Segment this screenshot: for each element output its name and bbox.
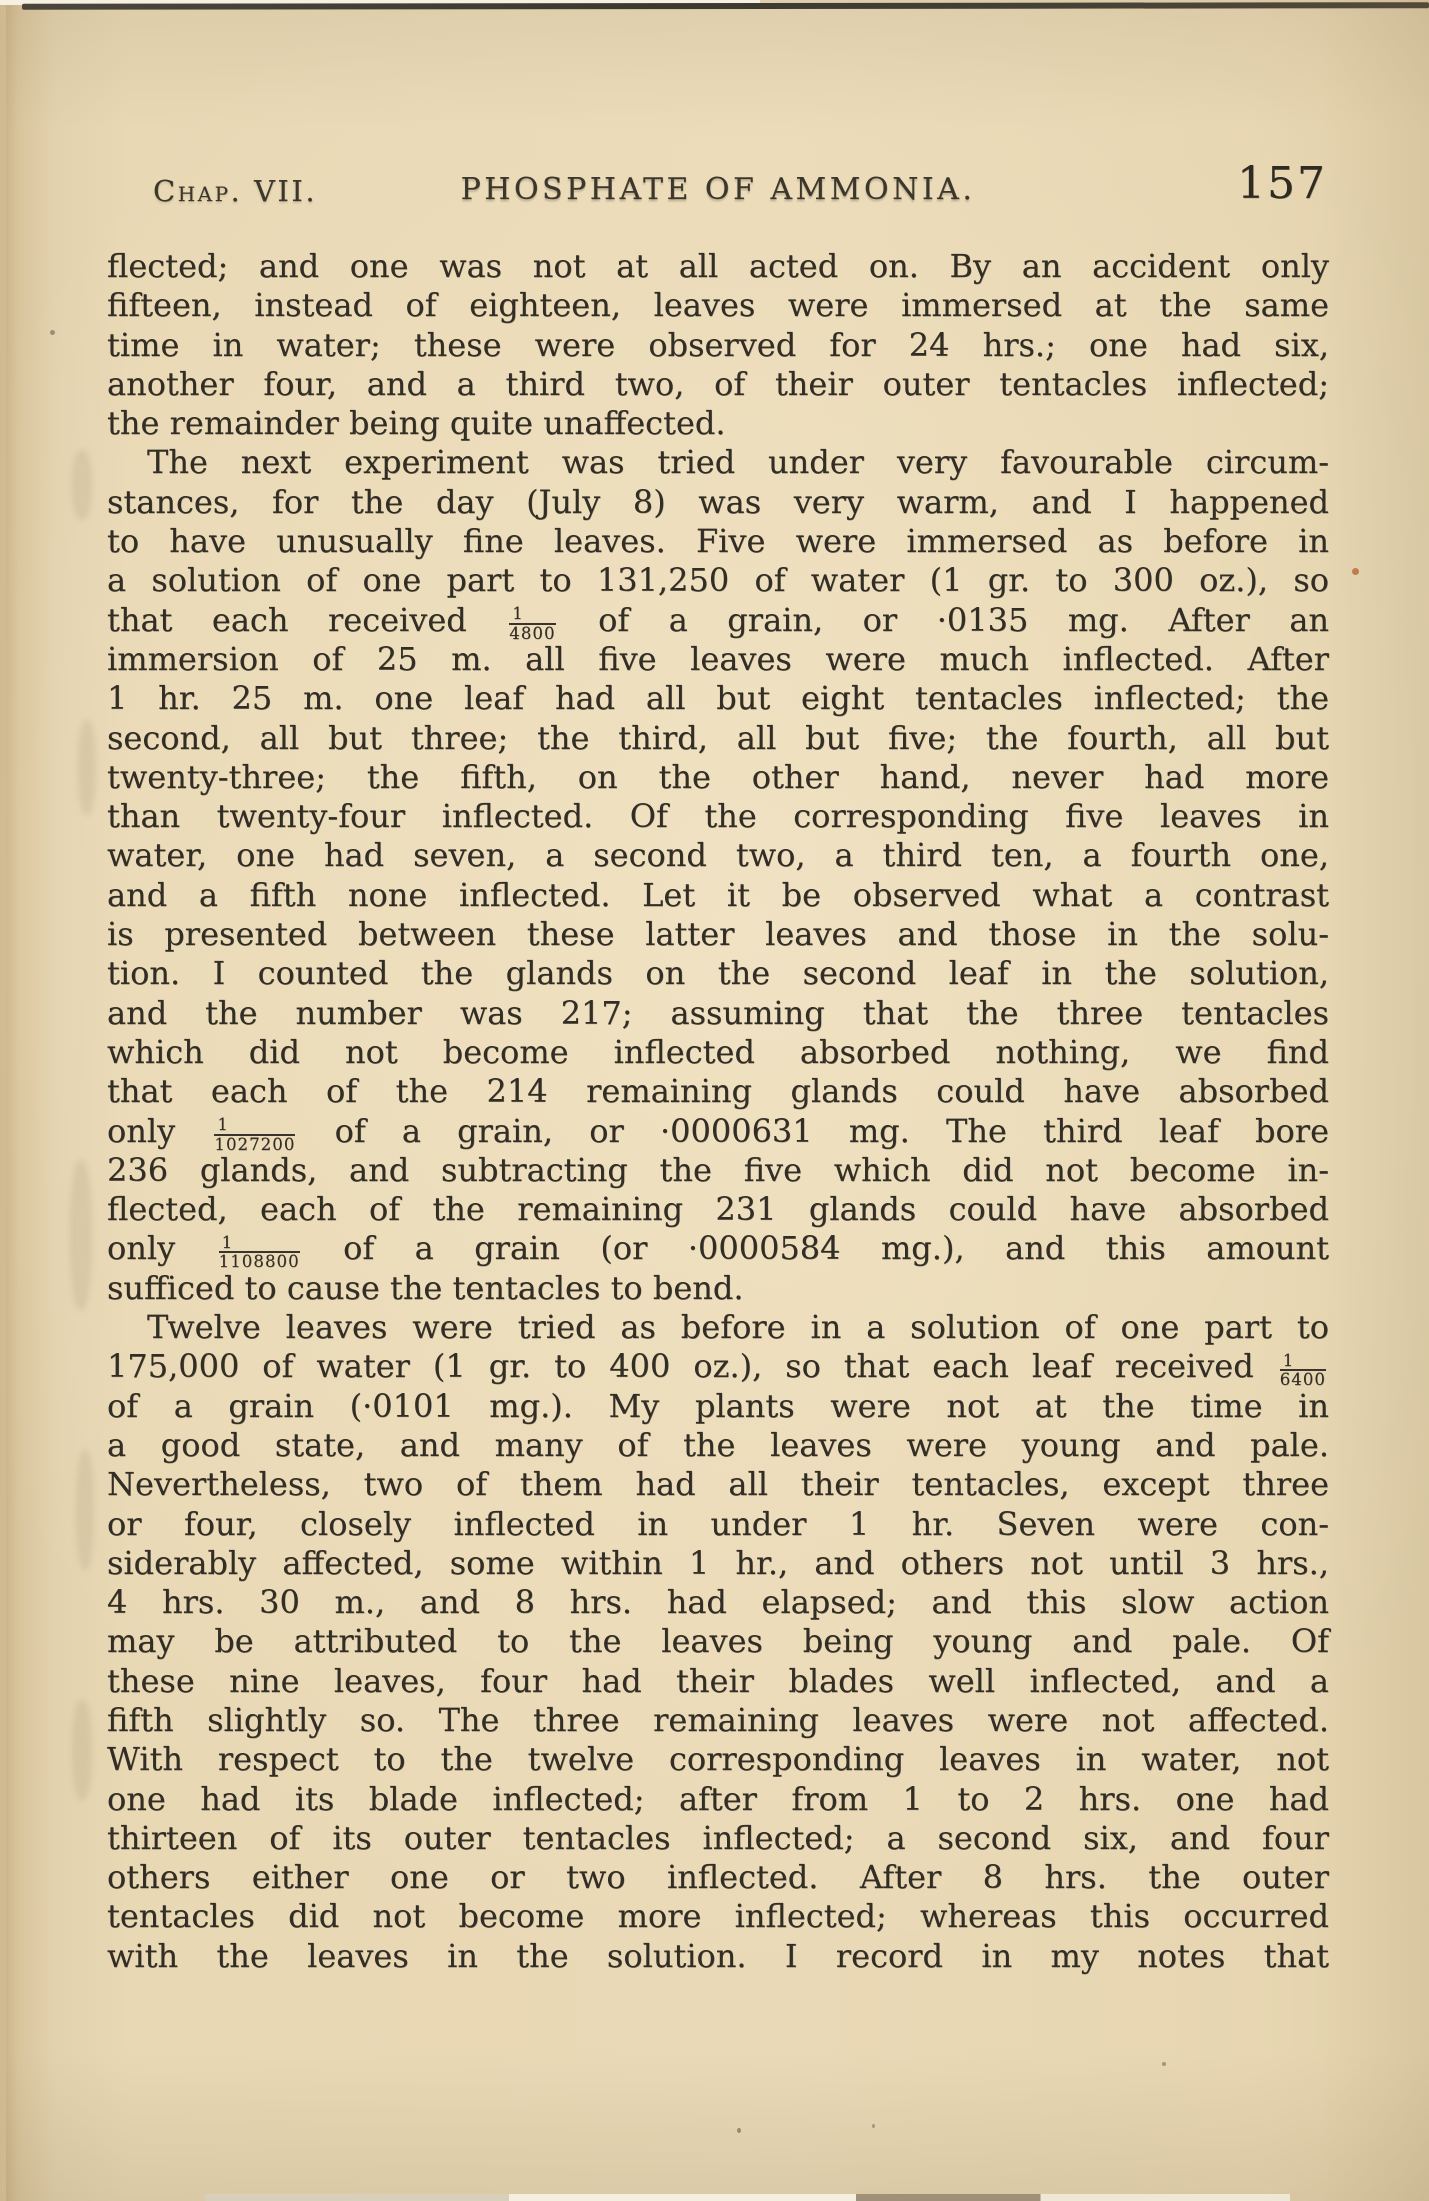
page-top-dark-edge xyxy=(22,2,1429,9)
fraction: 11027200 xyxy=(214,1117,295,1153)
text-line: 1 hr. 25 m. one leaf had all but eight t… xyxy=(107,679,1329,718)
text-line: and a fifth none inflected. Let it be ob… xyxy=(107,876,1329,915)
ink-speck xyxy=(737,2128,741,2133)
show-through-mark xyxy=(76,1450,94,1570)
text-line: of a grain (·0101 mg.). My plants were n… xyxy=(107,1387,1329,1426)
running-title: PHOSPHATE OF AMMONIA. xyxy=(107,172,1329,207)
text-line: a solution of one part to 131,250 of wat… xyxy=(107,561,1329,600)
text-line: a good state, and many of the leaves wer… xyxy=(107,1426,1329,1465)
text-line: The next experiment was tried under very… xyxy=(107,443,1329,482)
text-line: 236 glands, and subtracting the five whi… xyxy=(107,1151,1329,1190)
text-line: that each of the 214 remaining glands co… xyxy=(107,1072,1329,1111)
page-number: 157 xyxy=(1237,158,1327,209)
text-line: one had its blade inflected; after from … xyxy=(107,1780,1329,1819)
text-line: fifth slightly so. The three remaining l… xyxy=(107,1701,1329,1740)
text-line: flected, each of the remaining 231 gland… xyxy=(107,1190,1329,1229)
text-line: fifteen, instead of eighteen, leaves wer… xyxy=(107,286,1329,325)
show-through-mark xyxy=(70,1160,92,1310)
ink-speck xyxy=(872,2124,875,2128)
text-line: the remainder being quite unaffected. xyxy=(107,404,1329,443)
fraction: 11108800 xyxy=(219,1235,300,1271)
text-line: only 11027200 of a grain, or ·0000631 mg… xyxy=(107,1112,1329,1151)
show-through-mark xyxy=(72,450,92,520)
text-line: thirteen of its outer tentacles inflecte… xyxy=(107,1819,1329,1858)
text-line: tion. I counted the glands on the second… xyxy=(107,954,1329,993)
text-line: is presented between these latter leaves… xyxy=(107,915,1329,954)
text-line: Nevertheless, two of them had all their … xyxy=(107,1465,1329,1504)
ink-speck xyxy=(1352,568,1359,575)
page-left-edge xyxy=(0,0,6,2201)
text-line: which did not become inflected absorbed … xyxy=(107,1033,1329,1072)
text-line: may be attributed to the leaves being yo… xyxy=(107,1622,1329,1661)
text-line: sufficed to cause the tentacles to bend. xyxy=(107,1269,1329,1308)
show-through-mark xyxy=(78,720,96,815)
text-line: siderably affected, some within 1 hr., a… xyxy=(107,1544,1329,1583)
ink-speck xyxy=(1162,2062,1166,2066)
text-line: water, one had seven, a second two, a th… xyxy=(107,836,1329,875)
fraction: 14800 xyxy=(509,606,555,642)
text-line: another four, and a third two, of their … xyxy=(107,365,1329,404)
text-line: only 11108800 of a grain (or ·0000584 mg… xyxy=(107,1229,1329,1268)
text-line: with the leaves in the solution. I recor… xyxy=(107,1937,1329,1976)
text-line: to have unusually fine leaves. Five were… xyxy=(107,522,1329,561)
text-line: tentacles did not become more inflected;… xyxy=(107,1897,1329,1936)
fraction: 16400 xyxy=(1280,1353,1326,1389)
text-line: immersion of 25 m. all five leaves were … xyxy=(107,640,1329,679)
text-line: time in water; these were observed for 2… xyxy=(107,326,1329,365)
page-header: Chap. VII. PHOSPHATE OF AMMONIA. 157 xyxy=(107,166,1329,214)
text-line: these nine leaves, four had their blades… xyxy=(107,1662,1329,1701)
text-line: than twenty-four inflected. Of the corre… xyxy=(107,797,1329,836)
text-line: that each received 14800 of a grain, or … xyxy=(107,601,1329,640)
text-line: others either one or two inflected. Afte… xyxy=(107,1858,1329,1897)
text-line: With respect to the twelve corresponding… xyxy=(107,1740,1329,1779)
text-line: 175,000 of water (1 gr. to 400 oz.), so … xyxy=(107,1347,1329,1386)
book-page: Chap. VII. PHOSPHATE OF AMMONIA. 157 fle… xyxy=(0,0,1429,2201)
text-line: stances, for the day (July 8) was very w… xyxy=(107,483,1329,522)
text-line: second, all but three; the third, all bu… xyxy=(107,719,1329,758)
text-line: or four, closely inflected in under 1 hr… xyxy=(107,1505,1329,1544)
text-line: Twelve leaves were tried as before in a … xyxy=(107,1308,1329,1347)
ink-speck xyxy=(50,330,55,335)
text-line: and the number was 217; assuming that th… xyxy=(107,994,1329,1033)
body-text: flected; and one was not at all acted on… xyxy=(107,247,1329,1976)
page-bottom-edge xyxy=(205,2194,1290,2201)
text-line: twenty-three; the fifth, on the other ha… xyxy=(107,758,1329,797)
show-through-mark xyxy=(72,1700,92,1800)
text-line: 4 hrs. 30 m., and 8 hrs. had elapsed; an… xyxy=(107,1583,1329,1622)
text-line: flected; and one was not at all acted on… xyxy=(107,247,1329,286)
